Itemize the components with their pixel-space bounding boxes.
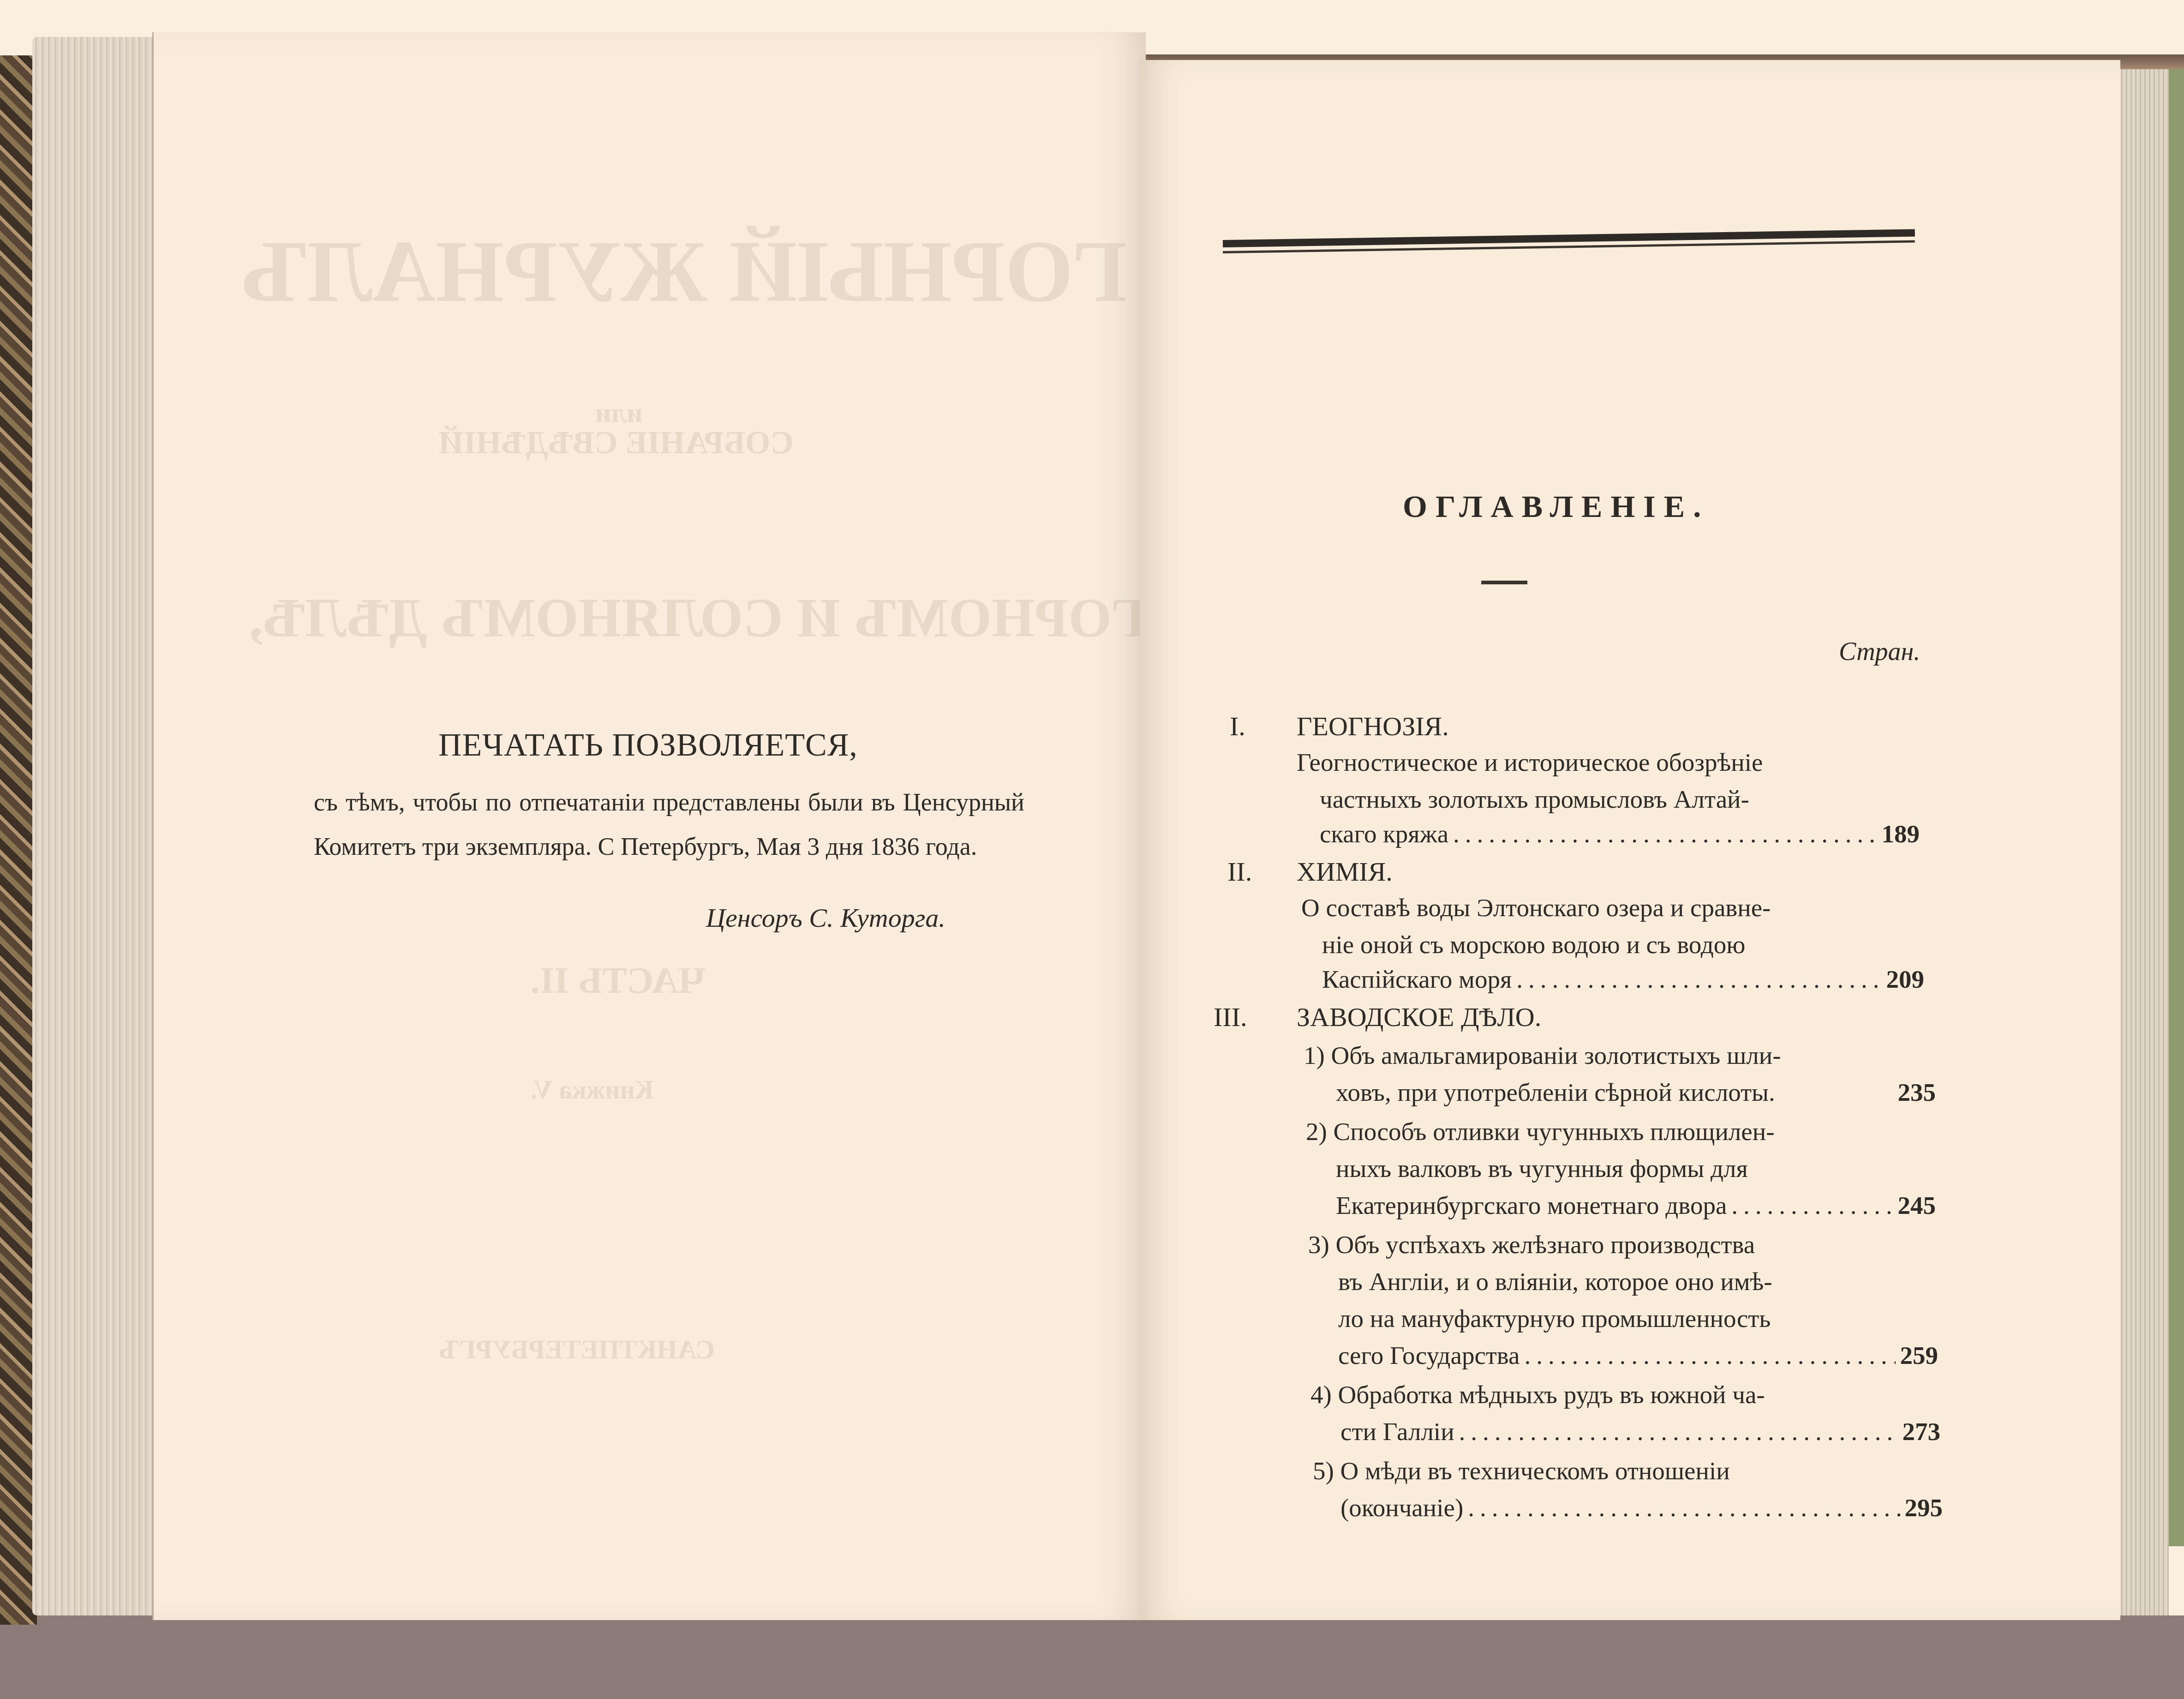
- page-number: 189: [1882, 819, 1920, 848]
- page-number: 245: [1898, 1191, 1936, 1220]
- entry-line: ніе оной съ морскою водою и съ водою: [1322, 930, 1745, 959]
- marbled-cover-left: [0, 55, 37, 1625]
- entry-line: ховъ, при употребленіи сѣрной кислоты.: [1336, 1078, 1775, 1107]
- entry-line: частныхъ золотыхъ промысловъ Алтай-: [1320, 785, 1749, 814]
- entry-line: Каспійскаго моря: [1322, 965, 1512, 994]
- entry-line: 4) Обработка мѣдныхъ рудъ въ южной ча-: [1310, 1380, 1765, 1409]
- dot-leader: .....................................: [1459, 1417, 1898, 1446]
- page-edges-right: [2118, 69, 2169, 1615]
- dot-leader: .....................................: [1731, 1191, 1893, 1220]
- section-numeral: II.: [1227, 856, 1252, 887]
- page-column-label: Стран.: [1839, 637, 1920, 666]
- entry-line: скаго кряжа: [1320, 819, 1448, 848]
- toc-entry-row: сти Галліи .............................…: [1340, 1417, 1940, 1446]
- show-through-city: САНКТПЕТЕРБУРГЪ: [438, 1334, 715, 1365]
- page-number: 209: [1886, 965, 1925, 994]
- entry-line: (окончаніе): [1340, 1493, 1463, 1522]
- section-heading: ЗАВОДСКОЕ ДѢЛО.: [1297, 1002, 1541, 1033]
- page-number: 259: [1900, 1341, 1939, 1370]
- section-heading: ГЕОГНОЗІЯ.: [1297, 711, 1449, 742]
- entry-line: О составѣ воды Элтонскаго озера и сравне…: [1301, 893, 1771, 922]
- entry-line: ло на мануфактурную промышленность: [1338, 1304, 1771, 1333]
- toc-entry-row: ховъ, при употребленіи сѣрной кислоты. 2…: [1336, 1078, 1936, 1107]
- dot-leader: .....................................: [1525, 1341, 1896, 1370]
- entry-line: 5) О мѣди въ техническомъ отношеніи: [1313, 1456, 1730, 1485]
- entry-line: 2) Способъ отливки чугунныхъ плющилен-: [1306, 1117, 1774, 1146]
- entry-line: 1) Объ амальгамированіи золотистыхъ шли-: [1304, 1041, 1781, 1070]
- page-number: 295: [1905, 1493, 1943, 1522]
- page-number: 235: [1898, 1078, 1936, 1107]
- title-separator: [1481, 581, 1527, 584]
- entry-line: въ Англіи, и о вліяніи, которое оно имѣ-: [1338, 1267, 1772, 1296]
- entry-line: Геогностическое и историческое обозрѣніе: [1297, 748, 1763, 777]
- imprimatur-body: съ тѣмъ, чтобы по отпечатаніи представле…: [314, 780, 1024, 869]
- entry-line: сего Государства: [1338, 1341, 1520, 1370]
- show-through-title: ГОРНЫЙ ЖУРНАЛЪ: [240, 222, 1127, 322]
- page-number: 273: [1903, 1417, 1941, 1446]
- censor-signature: Ценсоръ С. Куторга.: [706, 902, 945, 933]
- table-surface: [0, 1615, 2184, 1699]
- section-heading: ХИМІЯ.: [1297, 856, 1393, 887]
- toc-entry-row: Каспійскаго моря .......................…: [1322, 965, 1924, 994]
- toc-entry-row: сего Государства .......................…: [1338, 1341, 1938, 1370]
- show-through-part: ЧАСТЬ II.: [531, 960, 706, 1002]
- page-edges-left: [32, 37, 152, 1615]
- section-numeral: III.: [1214, 1002, 1247, 1033]
- dot-leader: .....................................: [1516, 965, 1881, 994]
- show-through-line: ГОРНОМЪ И СОЛЯНОМЪ ДѢЛѢ,: [249, 586, 1145, 650]
- show-through-ili: или: [595, 397, 643, 429]
- show-through-book: Книжка V.: [531, 1075, 653, 1105]
- dot-leader: .....................................: [1453, 819, 1877, 848]
- toc-entry-row: (окончаніе) ............................…: [1340, 1493, 1943, 1522]
- entry-line: 3) Объ успѣхахъ желѣзнаго производства: [1308, 1230, 1755, 1259]
- toc-title: ОГЛАВЛЕНІЕ.: [1403, 488, 1709, 525]
- section-numeral: I.: [1230, 711, 1245, 742]
- entry-line: Екатеринбургскаго монетнаго двора: [1336, 1191, 1727, 1220]
- show-through-line: СОБРАНІЕ СВѢДѢНІЙ: [438, 425, 794, 462]
- toc-entry-row: скаго кряжа ............................…: [1320, 819, 1920, 848]
- toc-entry-row: Екатеринбургскаго монетнаго двора ......…: [1336, 1191, 1936, 1220]
- dot-leader: .....................................: [1468, 1493, 1900, 1522]
- imprimatur-title: ПЕЧАТАТЬ ПОЗВОЛЯЕТСЯ,: [438, 727, 858, 764]
- entry-line: сти Галліи: [1340, 1417, 1454, 1446]
- green-endpaper: [2169, 69, 2184, 1546]
- entry-line: ныхъ валковъ въ чугунныя формы для: [1336, 1154, 1748, 1183]
